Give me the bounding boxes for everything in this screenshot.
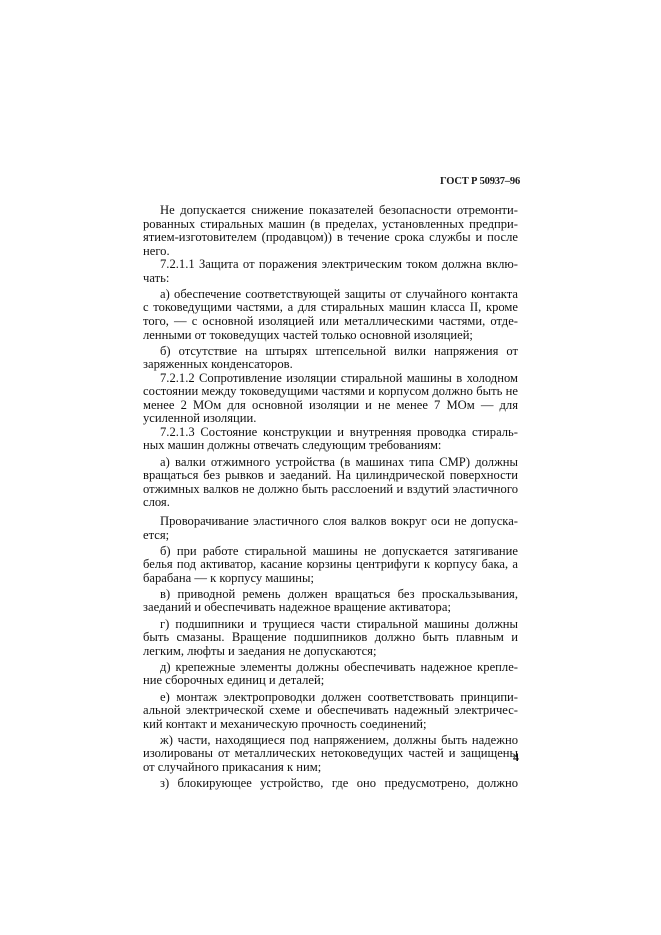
item-7-2-1-3-z: з) блокирующее устройство, где оно преду… [143, 777, 518, 791]
text-line: отжимных валков не должно быть расслоени… [143, 483, 518, 497]
paragraph-intro: Не допускается снижение показателей безо… [143, 204, 518, 258]
text-line: ж) части, находящиеся под напряжением, д… [143, 734, 518, 748]
document-body: Не допускается снижение показателей безо… [143, 204, 518, 791]
item-7-2-1-3-a: а) валки отжимного устройства (в машинах… [143, 456, 518, 510]
text-line: заеданий и обеспечивать надежное вращени… [143, 601, 518, 615]
text-line: д) крепежные элементы должны обеспечиват… [143, 661, 518, 675]
text-line: Не допускается снижение показателей безо… [143, 204, 518, 218]
text-line: состоянии между токоведущими частями и к… [143, 385, 518, 399]
item-7-2-1-3-e: е) монтаж электропроводки должен соответ… [143, 691, 518, 732]
text-line: от случайного прикасания к ним; [143, 761, 518, 775]
page-number: 4 [505, 750, 519, 765]
text-line: ется; [143, 529, 518, 543]
item-7-2-1-3-zh: ж) части, находящиеся под напряжением, д… [143, 734, 518, 775]
text-line: заряженных конденсаторов. [143, 358, 518, 372]
text-line: барабана — к корпусу машины; [143, 572, 518, 586]
text-line: изолированы от металлических нетоковедущ… [143, 747, 518, 761]
text-line: Проворачивание эластичного слоя валков в… [143, 515, 518, 529]
item-7-2-1-3-g: г) подшипники и трущиеся части стирально… [143, 618, 518, 659]
item-7-2-1-3-b: б) при работе стиральной машины не допус… [143, 545, 518, 586]
text-line: кий контакт и механическую прочность сое… [143, 718, 518, 732]
clause-7-2-1-3: 7.2.1.3 Состояние конструкции и внутренн… [143, 426, 518, 453]
clause-7-2-1-2: 7.2.1.2 Сопротивление изоляции стирально… [143, 372, 518, 426]
text-line: альной электрической схеме и обеспечиват… [143, 704, 518, 718]
text-line: в) приводной ремень должен вращаться без… [143, 588, 518, 602]
text-line: е) монтаж электропроводки должен соответ… [143, 691, 518, 705]
text-line: усиленной изоляции. [143, 412, 518, 426]
note-7-2-1-3-a: Проворачивание эластичного слоя валков в… [143, 515, 518, 542]
text-line: вращаться без рывков и заеданий. На цили… [143, 469, 518, 483]
text-line: з) блокирующее устройство, где оно преду… [143, 777, 518, 791]
text-line: легким, люфты и заедания не допускаются; [143, 645, 518, 659]
text-line: менее 2 МОм для основной изоляции и не м… [143, 399, 518, 413]
text-line: 7.2.1.1 Защита от поражения электрически… [143, 258, 518, 272]
text-line: белья под активатор, касание корзины цен… [143, 558, 518, 572]
text-line: г) подшипники и трущиеся части стирально… [143, 618, 518, 632]
text-line: чать: [143, 272, 518, 286]
item-7-2-1-3-d: д) крепежные элементы должны обеспечиват… [143, 661, 518, 688]
item-7-2-1-1-b: б) отсутствие на штырях штепсельной вилк… [143, 345, 518, 372]
text-line: того, — с основной изоляцией или металли… [143, 315, 518, 329]
text-line: с токоведущими частями, а для стиральных… [143, 301, 518, 315]
item-7-2-1-1-a: а) обеспечение соответствующей защиты от… [143, 288, 518, 342]
text-line: быть смазаны. Вращение подшипников должн… [143, 631, 518, 645]
standard-code-header: ГОСТ Р 50937–96 [430, 176, 520, 187]
item-7-2-1-3-v: в) приводной ремень должен вращаться без… [143, 588, 518, 615]
text-line: ных машин должны отвечать следующим треб… [143, 439, 518, 453]
text-line: слоя. [143, 496, 518, 510]
text-line: ятием-изготовителем (продавцом)) в течен… [143, 231, 518, 245]
text-line: ленными от токоведущих частей только осн… [143, 329, 518, 343]
text-line: 7.2.1.3 Состояние конструкции и внутренн… [143, 426, 518, 440]
text-line: 7.2.1.2 Сопротивление изоляции стирально… [143, 372, 518, 386]
text-line: рованных стиральных машин (в пределах, у… [143, 218, 518, 232]
text-line: б) отсутствие на штырях штепсельной вилк… [143, 345, 518, 359]
text-line: а) валки отжимного устройства (в машинах… [143, 456, 518, 470]
document-page: ГОСТ Р 50937–96 Не допускается снижение … [0, 0, 661, 935]
clause-7-2-1-1: 7.2.1.1 Защита от поражения электрически… [143, 258, 518, 285]
text-line: а) обеспечение соответствующей защиты от… [143, 288, 518, 302]
text-line: б) при работе стиральной машины не допус… [143, 545, 518, 559]
text-line: ние сборочных единиц и деталей; [143, 674, 518, 688]
text-line: него. [143, 245, 518, 259]
